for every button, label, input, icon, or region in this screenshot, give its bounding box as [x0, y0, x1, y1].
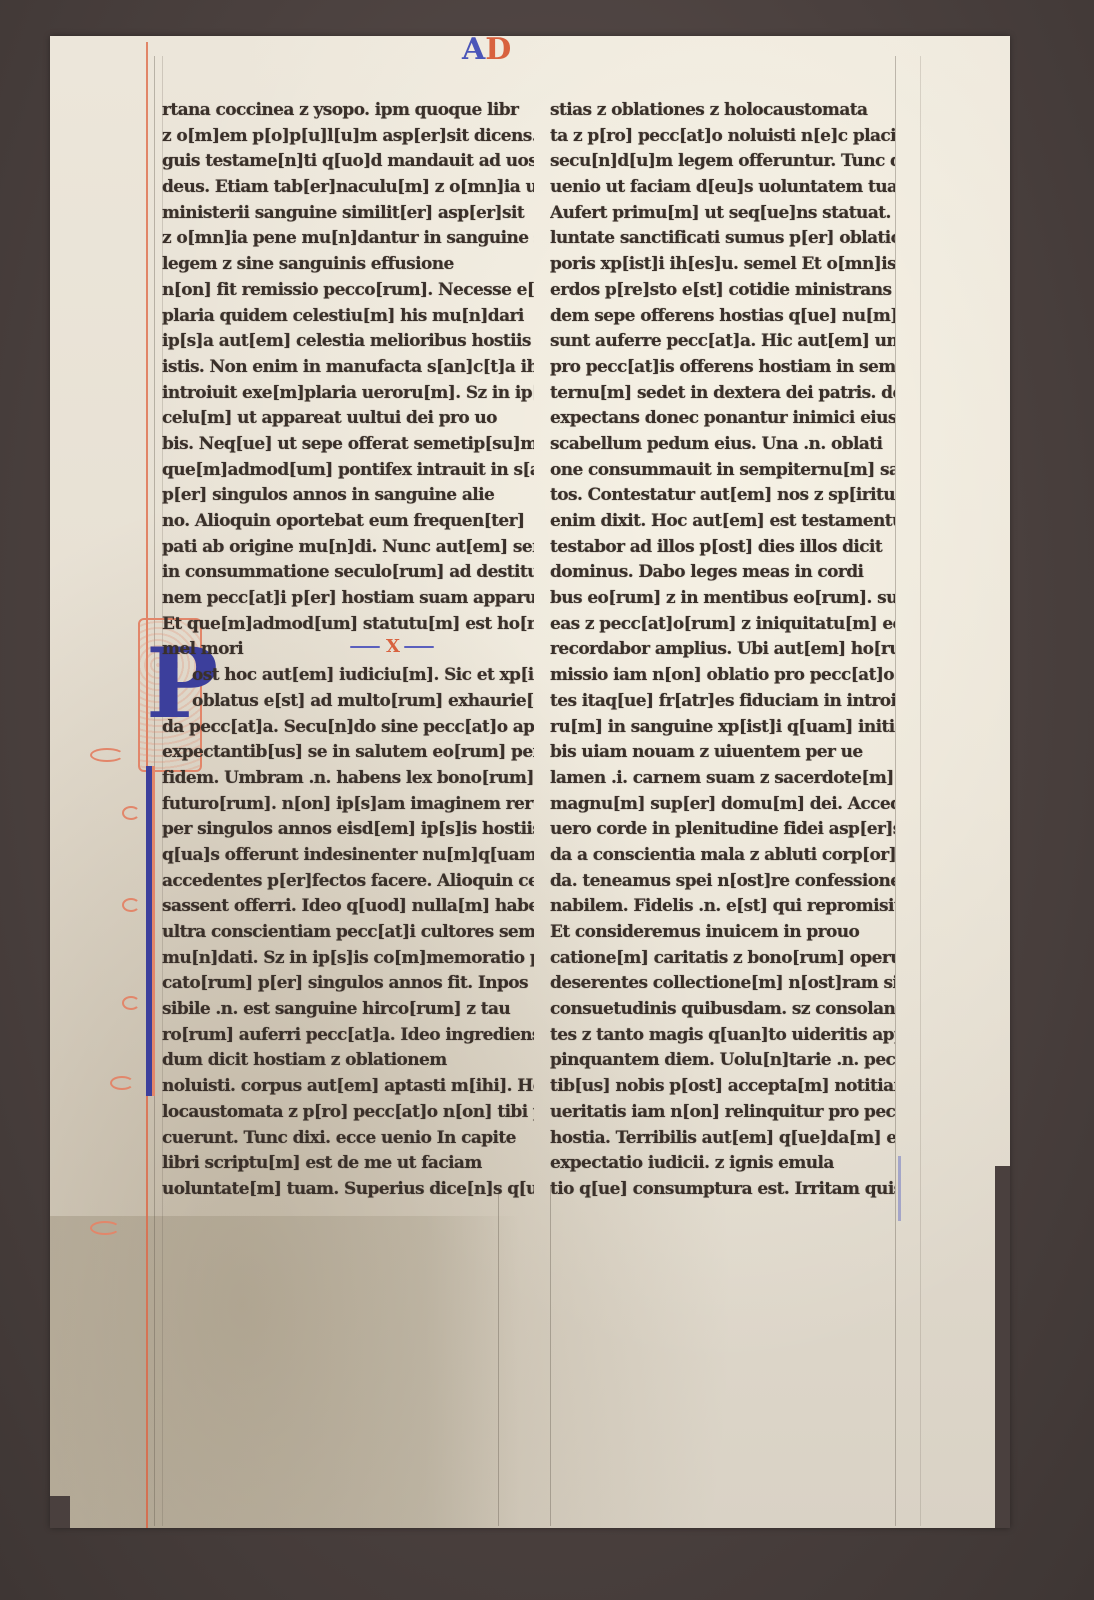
text-line: luntate sanctificati sumus p[er] oblatio…	[550, 226, 895, 252]
ruling-line-right-outer	[920, 56, 921, 1526]
text-line: uero corde in plenitudine fidei asp[er]s…	[550, 817, 895, 843]
penwork-flourish-icon	[110, 1076, 134, 1090]
text-line: fidem. Umbram .n. habens lex bono[rum]	[162, 766, 534, 792]
text-line: nabilem. Fidelis .n. e[st] qui repromisi…	[550, 894, 895, 920]
text-line: legem z sine sanguinis effusione	[162, 252, 534, 278]
text-line: bis uiam nouam z uiuentem per ue	[550, 740, 895, 766]
text-line: ru[m] in sanguine xp[ist]i q[uam] initia…	[550, 715, 895, 741]
text-line: missio iam n[on] oblatio pro pecc[at]o. …	[550, 663, 895, 689]
text-line: recordabor amplius. Ubi aut[em] ho[rum] …	[550, 637, 895, 663]
text-line: bis. Neq[ue] ut sepe offerat semetip[su]…	[162, 432, 534, 458]
text-line: q[ua]s offerunt indesinenter nu[m]q[uam]…	[162, 843, 534, 869]
text-line: secu[n]d[u]m legem offeruntur. Tunc dixi…	[550, 149, 895, 175]
text-line: cato[rum] p[er] singulos annos fit. Inpo…	[162, 971, 534, 997]
text-line: tib[us] nobis p[ost] accepta[m] notitiam	[550, 1074, 895, 1100]
text-line: que[m]admod[um] pontifex intrauit in s[a…	[162, 458, 534, 484]
text-line: ost hoc aut[em] iudiciu[m]. Sic et xp[is…	[162, 663, 534, 689]
text-line: scabellum pedum eius. Una .n. oblati	[550, 432, 895, 458]
text-line: mu[n]dati. Sz in ip[s]is co[m]memoratio …	[162, 946, 534, 972]
text-line: expectantib[us] se in salutem eo[rum] pe…	[162, 740, 534, 766]
ruling-line-right-inner	[895, 56, 896, 1526]
text-line: guis testame[n]ti q[uo]d mandauit ad uos	[162, 149, 534, 175]
text-line: introiuit exe[m]plaria ueroru[m]. Sz in …	[162, 381, 534, 407]
text-line: ultra conscientiam pecc[at]i cultores se…	[162, 920, 534, 946]
text-line: sunt auferre pecc[at]a. Hic aut[em] unam	[550, 329, 895, 355]
water-stain	[50, 1216, 520, 1528]
text-line: uoluntate[m] tuam. Superius dice[n]s q[u…	[162, 1177, 534, 1203]
text-line: erdos p[re]sto e[st] cotidie ministrans …	[550, 278, 895, 304]
text-line: in consummatione seculo[rum] ad destitut…	[162, 560, 534, 586]
text-line: dominus. Dabo leges meas in cordi	[550, 560, 895, 586]
text-line: oblatus e[st] ad multo[rum] exhaurie[n]	[162, 689, 534, 715]
initial-descender-tail	[146, 766, 155, 1096]
text-line: tes itaq[ue] fr[atr]es fiduciam in intro…	[550, 689, 895, 715]
text-line: tos. Contestatur aut[em] nos z sp[iritu]…	[550, 483, 895, 509]
text-line: z o[mn]ia pene mu[n]dantur in sanguine s…	[162, 226, 534, 252]
text-line: nem pecc[at]i p[er] hostiam suam apparui…	[162, 586, 534, 612]
text-line: noluisti. corpus aut[em] aptasti m[ihi].…	[162, 1074, 534, 1100]
text-line: n[on] fit remissio pecco[rum]. Necesse e…	[162, 278, 534, 304]
text-column-right: stias z oblationes z holocaustomatata z …	[550, 98, 895, 1203]
text-line: ro[rum] auferri pecc[at]a. Ideo ingredie…	[162, 1023, 534, 1049]
text-line: p[er] singulos annos in sanguine alie	[162, 483, 534, 509]
text-line: pro pecc[at]is offerens hostiam in sempi	[550, 355, 895, 381]
penwork-flourish-icon	[122, 996, 140, 1010]
text-line: poris xp[ist]i ih[es]u. semel Et o[mn]is…	[550, 252, 895, 278]
text-line: enim dixit. Hoc aut[em] est testamentu[m…	[550, 509, 895, 535]
penwork-flourish-icon	[122, 898, 140, 912]
text-line: ministerii sanguine similit[er] asp[er]s…	[162, 201, 534, 227]
text-line: one consummauit in sempiternu[m] sanctif…	[550, 458, 895, 484]
text-line: da. teneamus spei n[ost]re confessione[m…	[550, 869, 895, 895]
text-line: rtana coccinea z ysopo. ipm quoque libr	[162, 98, 534, 124]
blue-paragraph-mark	[898, 1156, 901, 1221]
text-line: da pecc[at]a. Secu[n]do sine pecc[at]o a…	[162, 715, 534, 741]
text-column-left: rtana coccinea z ysopo. ipm quoque librz…	[162, 98, 534, 1203]
torn-corner-notch	[50, 1496, 70, 1528]
text-line: no. Alioquin oportebat eum frequen[ter]	[162, 509, 534, 535]
text-line: libri scriptu[m] est de me ut faciam	[162, 1151, 534, 1177]
text-line: tio q[ue] consumptura est. Irritam quis	[550, 1177, 895, 1203]
text-line: Aufert primu[m] ut seq[ue]ns statuat. In…	[550, 201, 895, 227]
text-line: istis. Non enim in manufacta s[an]c[t]a …	[162, 355, 534, 381]
text-line: futuro[rum]. n[on] ip[s]am imaginem reru…	[162, 792, 534, 818]
ruling-line-gutter-left	[498, 1186, 499, 1526]
text-line: ternu[m] sedet in dextera dei patris. de…	[550, 381, 895, 407]
text-line: deus. Etiam tab[er]naculu[m] z o[mn]ia u…	[162, 175, 534, 201]
text-line: lamen .i. carnem suam z sacerdote[m]	[550, 766, 895, 792]
ruling-line-gutter-right	[550, 1186, 551, 1526]
text-line: deserentes collectione[m] n[ost]ram sicu…	[550, 971, 895, 997]
text-line: da a conscientia mala z abluti corp[or]e…	[550, 843, 895, 869]
text-line: ta z p[ro] pecc[at]o noluisti n[e]c plac…	[550, 124, 895, 150]
text-line: stias z oblationes z holocaustomata	[550, 98, 895, 124]
text-line: locaustomata z p[ro] pecc[at]o n[on] tib…	[162, 1100, 534, 1126]
text-line: sibile .n. est sanguine hirco[rum] z tau	[162, 997, 534, 1023]
text-line: dem sepe offerens hostias q[ue] nu[m]q[u…	[550, 304, 895, 330]
text-line: uenio ut faciam d[eu]s uoluntatem tua[m]…	[550, 175, 895, 201]
text-line: cuerunt. Tunc dixi. ecce uenio In capite	[162, 1126, 534, 1152]
text-line: pati ab origine mu[n]di. Nunc aut[em] se…	[162, 535, 534, 561]
running-header-letter-d: D	[485, 32, 511, 67]
torn-edge-notch	[995, 1166, 1010, 1528]
penwork-flourish-icon	[90, 1221, 120, 1235]
text-line: pinquantem diem. Uolu[n]tarie .n. peccan	[550, 1048, 895, 1074]
text-line: catione[m] caritatis z bono[rum] operu[m…	[550, 946, 895, 972]
text-line: magnu[m] sup[er] domu[m] dei. Accedamus …	[550, 792, 895, 818]
penwork-flourish-icon	[90, 748, 124, 762]
text-line: dum dicit hostiam z oblationem	[162, 1048, 534, 1074]
running-header-letter-a: A	[462, 32, 485, 67]
text-line: expectans donec ponantur inimici eius	[550, 406, 895, 432]
text-line: ueritatis iam n[on] relinquitur pro pecc…	[550, 1100, 895, 1126]
text-line: Et consideremus inuicem in prouo	[550, 920, 895, 946]
text-line: hostia. Terribilis aut[em] q[ue]da[m] e[…	[550, 1126, 895, 1152]
text-line: expectatio iudicii. z ignis emula	[550, 1151, 895, 1177]
text-line: tes z tanto magis q[uan]to uideritis app…	[550, 1023, 895, 1049]
running-header: AD	[462, 32, 511, 67]
text-line: testabor ad illos p[ost] dies illos dici…	[550, 535, 895, 561]
text-line: sassent offerri. Ideo q[uod] nulla[m] ha…	[162, 894, 534, 920]
text-line: bus eo[rum] z in mentibus eo[rum]. super…	[550, 586, 895, 612]
text-line: Et que[m]admod[um] statutu[m] est ho[m]i…	[162, 612, 534, 638]
text-line: ip[s]a aut[em] celestia melioribus hosti…	[162, 329, 534, 355]
text-line: accedentes p[er]fectos facere. Alioquin …	[162, 869, 534, 895]
text-line: eas z pecc[at]o[rum] z iniquitatu[m] eo[…	[550, 612, 895, 638]
penwork-flourish-icon	[122, 806, 140, 820]
text-line: mel mori	[162, 637, 534, 663]
text-line: celu[m] ut appareat uultui dei pro uo	[162, 406, 534, 432]
manuscript-leaf: AD X P rtana coccinea z ysopo. ipm quoqu…	[50, 36, 1010, 1528]
text-line: plaria quidem celestiu[m] his mu[n]dari	[162, 304, 534, 330]
text-line: z o[m]em p[o]p[u]l[u]m asp[er]sit dicens…	[162, 124, 534, 150]
text-line: consuetudinis quibusdam. sz consolan	[550, 997, 895, 1023]
text-line: per singulos annos eisd[em] ip[s]is host…	[162, 817, 534, 843]
